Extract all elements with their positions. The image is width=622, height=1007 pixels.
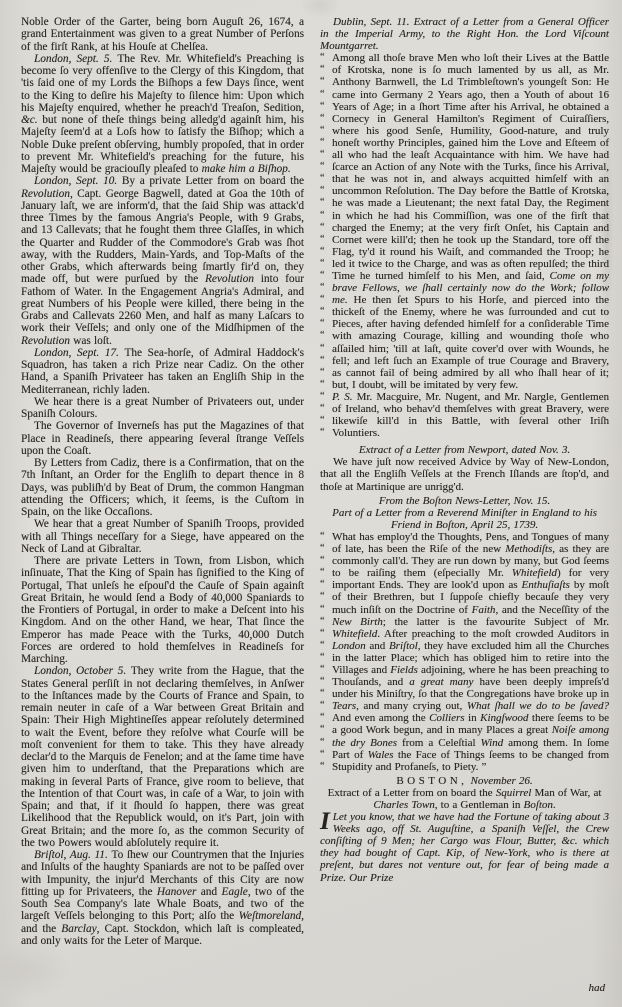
quote-marks: “ “ “ “ — [320, 391, 332, 439]
heading-boston-news-letter: From the Boſton News-Letter, Nov. 15. — [320, 495, 609, 507]
newspaper-page: Noble Order of the Garter, being born Au… — [0, 0, 622, 1007]
news-lisbon-letters: There are private Letters in Town, from … — [21, 555, 304, 665]
quoted-methodists-letter: “ “ “ “ “ “ “ “ “ “ “ “ “ “ “ “ “ “ “ “ … — [320, 531, 609, 773]
heading-squirrel-extract: Extract of a Letter from on board the Sq… — [320, 787, 609, 811]
catchword: had — [589, 982, 606, 994]
quoted-letter-krotska: “ “ “ “ “ “ “ “ “ “ “ “ “ “ “ “ “ “ “ “ … — [320, 52, 609, 391]
right-column: Dublin, Sept. 11. Extract of a Letter fr… — [320, 16, 609, 1003]
news-spanish-troops-gibraltar: We hear that a great Number of Spaniſh T… — [21, 518, 304, 555]
heading-boston-november-26: BOSTON, November 26. — [320, 775, 609, 787]
continuation-paragraph: Noble Order of the Garter, being born Au… — [21, 16, 304, 53]
news-london-sept-5: London, Sept. 5. The Rev. Mr. Whitefield… — [21, 53, 304, 176]
quoted-postscript-text: P. S. Mr. Macguire, Mr. Nugent, and Mr. … — [332, 391, 609, 439]
news-privateers-spanish-colours: We hear there is a great Number of Priva… — [21, 396, 304, 421]
drop-cap: I — [320, 811, 333, 832]
left-column: Noble Order of the Garter, being born Au… — [21, 16, 304, 1001]
letter-squirrel-text: Let you know, that we have had the Fortu… — [320, 811, 609, 883]
news-governor-inverness: The Governor of Inverneſs has put the Ma… — [21, 420, 304, 457]
heading-reverend-minister-letter: Part of a Letter from a Reverend Miniſte… — [320, 507, 609, 531]
quote-marks: “ “ “ “ “ “ “ “ “ “ “ “ “ “ “ “ “ “ “ “ … — [320, 52, 332, 391]
news-london-sept-10: London, Sept. 10. By a private Letter fr… — [21, 175, 304, 347]
news-london-sept-17: London, Sept. 17. The Sea-horſe, of Admi… — [21, 347, 304, 396]
heading-newport-extract: Extract of a Letter from Newport, dated … — [320, 444, 609, 456]
news-newport-advice: We have juſt now received Advice by Way … — [320, 456, 609, 492]
letter-squirrel-body: ILet you know, that we have had the Fort… — [320, 811, 609, 884]
quoted-postscript: “ “ “ “ P. S. Mr. Macguire, Mr. Nugent, … — [320, 391, 609, 439]
quoted-methodists-letter-text: What has employ'd the Thoughts, Pens, an… — [332, 531, 609, 773]
news-letters-from-cadiz: By Letters from Cadiz, there is a Confir… — [21, 457, 304, 518]
dateline-dublin-extract-heading: Dublin, Sept. 11. Extract of a Letter fr… — [320, 16, 609, 52]
news-bristol-aug-11: Briſtol, Aug. 11. To ſhew our Countrymen… — [21, 849, 304, 947]
quoted-letter-krotska-text: Among all thoſe brave Men who loſt their… — [332, 52, 609, 391]
quote-marks: “ “ “ “ “ “ “ “ “ “ “ “ “ “ “ “ “ “ “ “ — [320, 531, 332, 773]
news-london-october-5: London, October 5. They write from the H… — [21, 665, 304, 849]
